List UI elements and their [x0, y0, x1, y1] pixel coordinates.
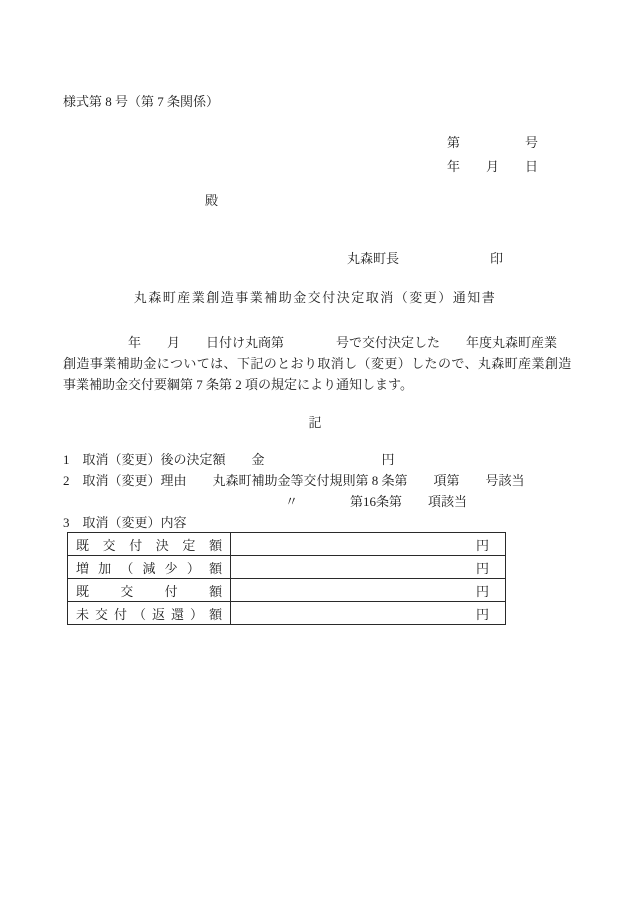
- document-page: 様式第 8 号（第 7 条関係） 第 号 年 月 日 殿 丸森町長 印 丸森町産…: [0, 0, 630, 903]
- amounts-table: 既交付決定額 円 増加（減少）額 円 既交付額 円 未交付（返還）額 円: [67, 532, 506, 625]
- row-value-granted-decision-amount: 円: [231, 533, 506, 556]
- row-label-granted-decision-amount: 既交付決定額: [68, 533, 231, 556]
- unit-label: 円: [476, 607, 489, 622]
- item-1-decision-amount: 1 取消（変更）後の決定額 金 円: [63, 451, 395, 468]
- unit-label: 円: [476, 561, 489, 576]
- table-row: 増加（減少）額 円: [68, 556, 506, 579]
- item-3-cancellation-details: 3 取消（変更）内容: [63, 514, 187, 531]
- row-value-increase-decrease-amount: 円: [231, 556, 506, 579]
- document-number-line: 第 号: [447, 134, 538, 151]
- date-line: 年 月 日: [447, 158, 538, 175]
- sender-and-seal-line: 丸森町長 印: [347, 250, 503, 267]
- item-2-cancellation-reason: 2 取消（変更）理由 丸森町補助金等交付規則第 8 条第 項第 号該当: [63, 472, 525, 489]
- form-number: 様式第 8 号（第 7 条関係）: [63, 93, 219, 110]
- body-paragraph-line-2: 創造事業補助金については、下記のとおり取消し（変更）したので、丸森町産業創造: [63, 355, 572, 372]
- body-paragraph-line-1: 年 月 日付け丸商第 号で交付決定した 年度丸森町産業: [63, 334, 557, 351]
- unit-label: 円: [476, 584, 489, 599]
- table-row: 既交付決定額 円: [68, 533, 506, 556]
- row-value-unpaid-refund-amount: 円: [231, 602, 506, 625]
- row-label-unpaid-refund-amount: 未交付（返還）額: [68, 602, 231, 625]
- item-2-reason-continued: 〃 第16条第 項該当: [285, 493, 467, 510]
- table-row: 未交付（返還）額 円: [68, 602, 506, 625]
- row-label-increase-decrease-amount: 増加（減少）額: [68, 556, 231, 579]
- document-title: 丸森町産業創造事業補助金交付決定取消（変更）通知書: [0, 289, 630, 306]
- body-paragraph-line-3: 事業補助金交付要綱第 7 条第 2 項の規定により通知します。: [63, 376, 413, 393]
- row-label-paid-amount: 既交付額: [68, 579, 231, 602]
- addressee-suffix: 殿: [205, 192, 218, 209]
- ki-heading: 記: [0, 414, 630, 431]
- row-value-paid-amount: 円: [231, 579, 506, 602]
- table-row: 既交付額 円: [68, 579, 506, 602]
- unit-label: 円: [476, 538, 489, 553]
